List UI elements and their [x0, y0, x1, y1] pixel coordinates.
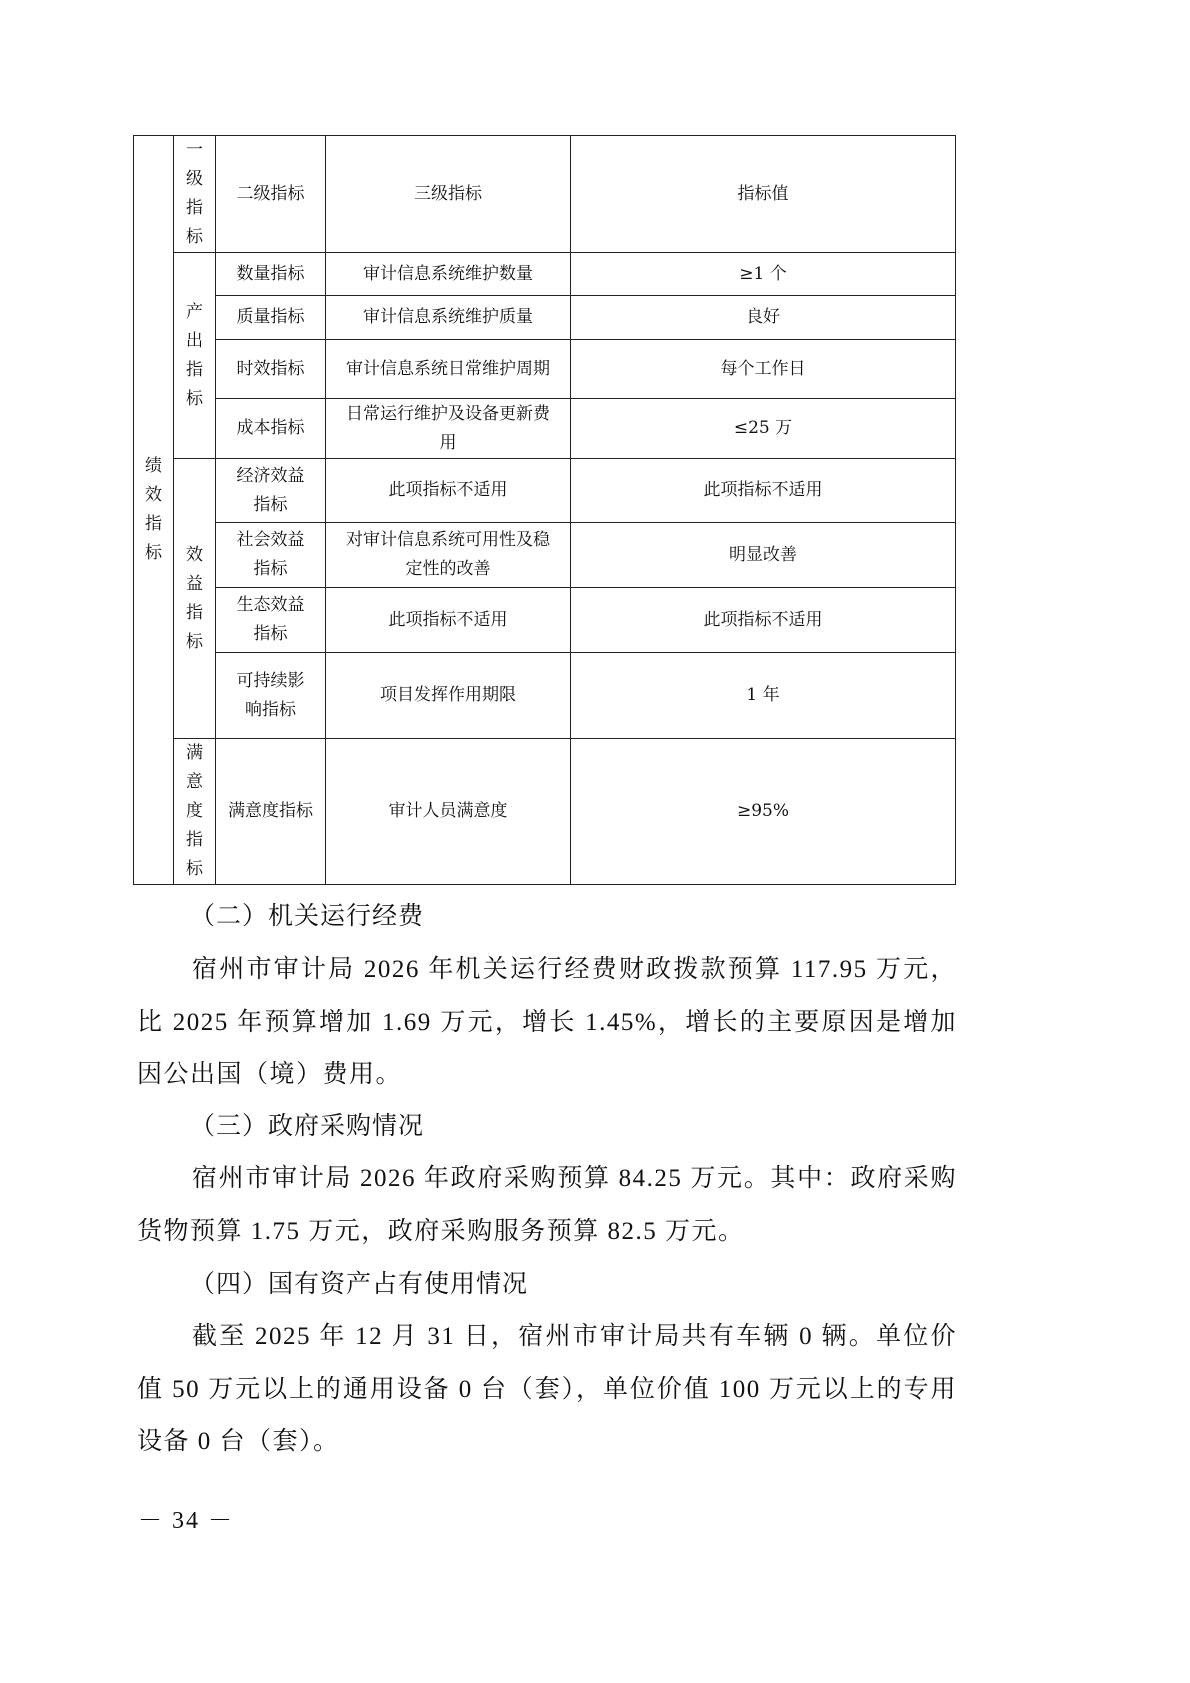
table-row: 效益指标 经济效益指标 此项指标不适用 此项指标不适用 [134, 459, 956, 523]
cell-level2: 经济效益指标 [216, 459, 326, 523]
header-level1-text: 一级指标 [186, 136, 203, 252]
level1-output-text: 产出指标 [186, 298, 203, 414]
section-heading-operating-funds: （二）机关运行经费 [190, 896, 424, 932]
cell-level2: 社会效益指标 [216, 523, 326, 588]
cell-level2: 成本指标 [216, 399, 326, 459]
cell-level3: 审计人员满意度 [326, 739, 571, 885]
page-number: － 34 － [138, 1500, 234, 1535]
cell-value: ≤25 万 [571, 399, 956, 459]
cell-level2: 时效指标 [216, 340, 326, 399]
table-row: 产出指标 数量指标 审计信息系统维护数量 ≥1 个 [134, 253, 956, 296]
group-label: 绩效指标 [145, 452, 162, 568]
cell-level2: 可持续影响指标 [216, 653, 326, 739]
level1-benefit: 效益指标 [174, 459, 216, 739]
section-heading-state-assets: （四）国有资产占有使用情况 [190, 1264, 528, 1300]
cell-value: ≥1 个 [571, 253, 956, 296]
cell-level2: 质量指标 [216, 296, 326, 340]
performance-indicator-table: 绩效指标 一级指标 二级指标 三级指标 指标值 产出指标 数量指标 审计信息系统… [133, 135, 956, 885]
cell-level3: 审计信息系统日常维护周期 [326, 340, 571, 399]
header-level2: 二级指标 [216, 136, 326, 253]
cell-value: 此项指标不适用 [571, 459, 956, 523]
cell-level3: 项目发挥作用期限 [326, 653, 571, 739]
cell-value: ≥95% [571, 739, 956, 885]
header-level3: 三级指标 [326, 136, 571, 253]
header-level1: 一级指标 [174, 136, 216, 253]
table-row: 可持续影响指标 项目发挥作用期限 1 年 [134, 653, 956, 739]
cell-value: 1 年 [571, 653, 956, 739]
table-header-row: 绩效指标 一级指标 二级指标 三级指标 指标值 [134, 136, 956, 253]
cell-level2: 生态效益指标 [216, 588, 326, 653]
cell-level3: 此项指标不适用 [326, 459, 571, 523]
cell-value: 明显改善 [571, 523, 956, 588]
table-row: 满意度指标 满意度指标 审计人员满意度 ≥95% [134, 739, 956, 885]
cell-level3: 日常运行维护及设备更新费用 [326, 399, 571, 459]
level1-satisfaction-text: 满意度指标 [186, 739, 203, 884]
level1-output: 产出指标 [174, 253, 216, 459]
cell-value: 此项指标不适用 [571, 588, 956, 653]
section-heading-procurement: （三）政府采购情况 [190, 1106, 424, 1142]
cell-level2: 满意度指标 [216, 739, 326, 885]
table-row: 生态效益指标 此项指标不适用 此项指标不适用 [134, 588, 956, 653]
paragraph-operating-funds: 宿州市审计局 2026 年机关运行经费财政拨款预算 117.95 万元，比 20… [137, 944, 957, 1102]
paragraph-procurement: 宿州市审计局 2026 年政府采购预算 84.25 万元。其中：政府采购货物预算… [137, 1153, 957, 1258]
cell-level3: 此项指标不适用 [326, 588, 571, 653]
cell-level2: 数量指标 [216, 253, 326, 296]
cell-level3: 审计信息系统维护质量 [326, 296, 571, 340]
cell-value: 良好 [571, 296, 956, 340]
table-row: 时效指标 审计信息系统日常维护周期 每个工作日 [134, 340, 956, 399]
table-row: 社会效益指标 对审计信息系统可用性及稳定性的改善 明显改善 [134, 523, 956, 588]
table-row: 成本指标 日常运行维护及设备更新费用 ≤25 万 [134, 399, 956, 459]
cell-level3: 对审计信息系统可用性及稳定性的改善 [326, 523, 571, 588]
level1-benefit-text: 效益指标 [186, 541, 203, 657]
level1-satisfaction: 满意度指标 [174, 739, 216, 885]
group-label-cell: 绩效指标 [134, 136, 174, 885]
table-row: 质量指标 审计信息系统维护质量 良好 [134, 296, 956, 340]
header-value: 指标值 [571, 136, 956, 253]
cell-value: 每个工作日 [571, 340, 956, 399]
cell-level3: 审计信息系统维护数量 [326, 253, 571, 296]
paragraph-state-assets: 截至 2025 年 12 月 31 日，宿州市审计局共有车辆 0 辆。单位价值 … [137, 1311, 957, 1469]
